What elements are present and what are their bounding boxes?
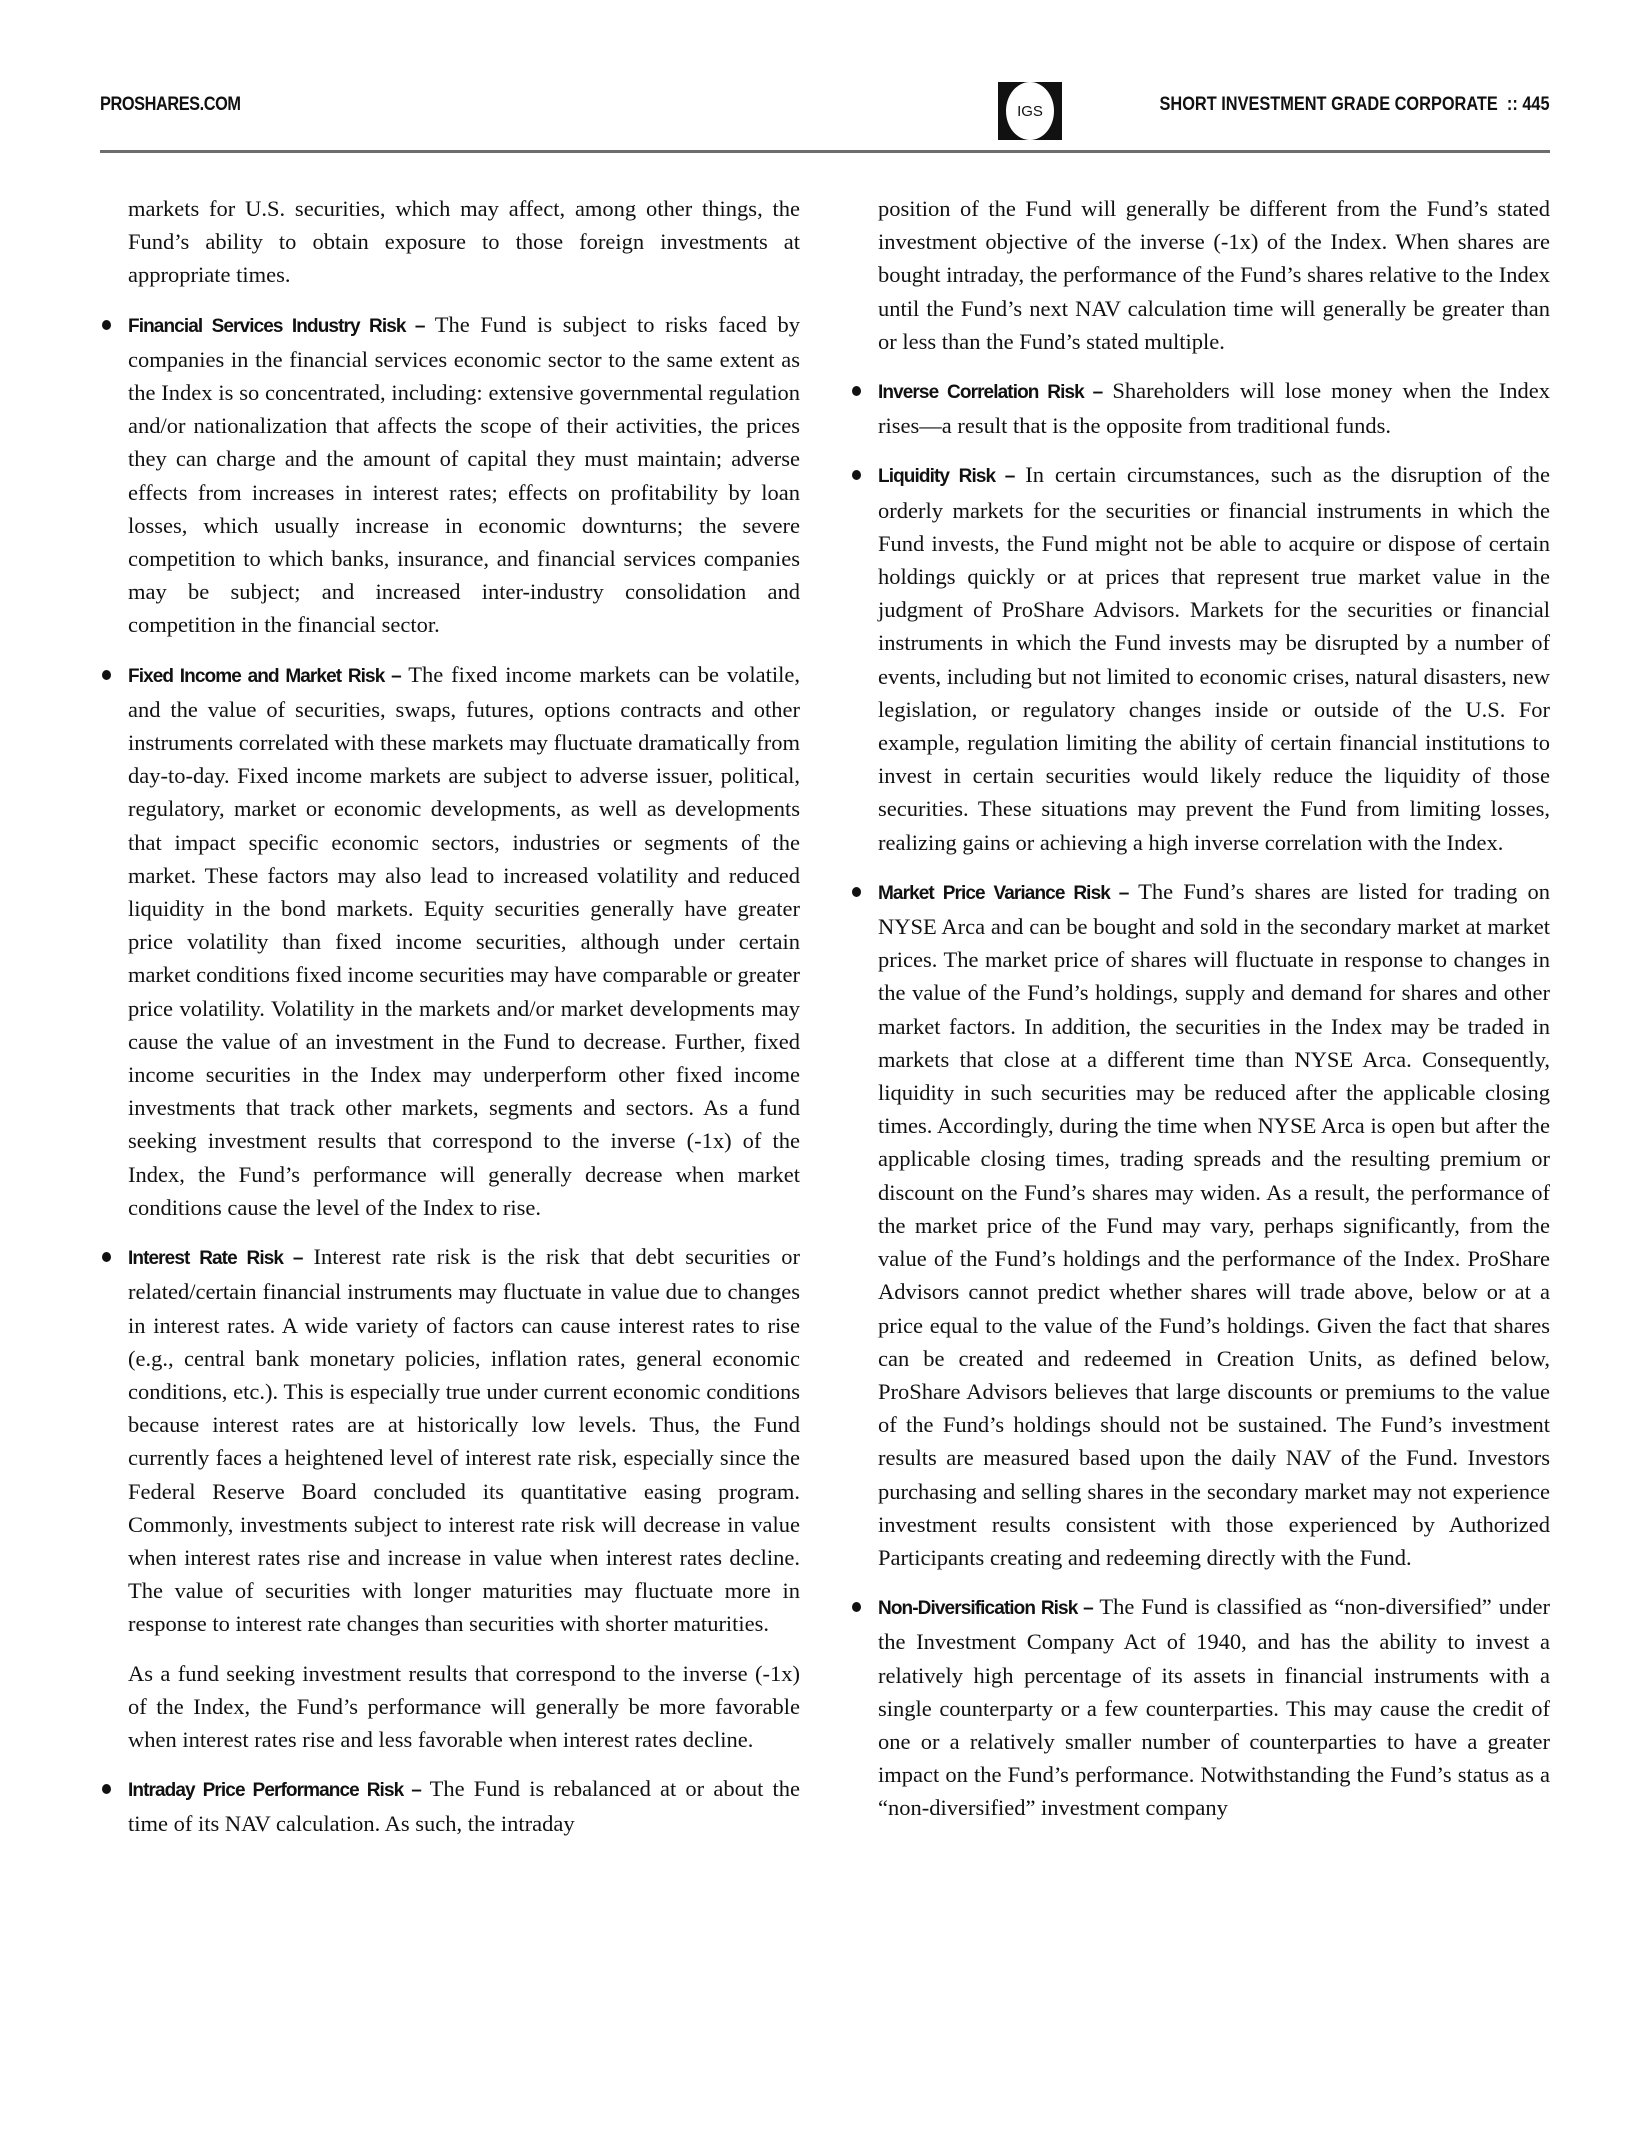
- risk-item-financial-services: Financial Services Industry Risk – The F…: [128, 308, 800, 642]
- bullet-icon: [852, 887, 861, 897]
- bullet-icon: [852, 470, 861, 480]
- ticker-badge-label: IGS: [1006, 82, 1054, 140]
- risk-title: Fixed Income and Market Risk –: [128, 666, 401, 687]
- header-rule: [100, 150, 1550, 153]
- risk-title: Interest Rate Risk –: [128, 1248, 303, 1269]
- risk-item-interest-rate: Interest Rate Risk – Interest rate risk …: [128, 1240, 800, 1640]
- risk-item-market-price-variance: Market Price Variance Risk – The Fund’s …: [878, 875, 1550, 1574]
- bullet-icon: [102, 320, 111, 330]
- ticker-badge: IGS: [998, 82, 1062, 140]
- page-header: PROSHARES.COM IGS SHORT INVESTMENT GRADE…: [100, 82, 1550, 142]
- risk-item-inverse-correlation: Inverse Correlation Risk – Shareholders …: [878, 374, 1550, 442]
- bullet-icon: [102, 670, 111, 680]
- risk-item-non-diversification: Non-Diversification Risk – The Fund is c…: [878, 1590, 1550, 1824]
- left-column: markets for U.S. securities, which may a…: [128, 192, 800, 1857]
- risk-title: Non-Diversification Risk –: [878, 1598, 1093, 1619]
- continuation-paragraph: position of the Fund will generally be d…: [878, 192, 1550, 358]
- risk-title: Intraday Price Performance Risk –: [128, 1780, 421, 1801]
- page-number: 445: [1523, 94, 1550, 115]
- risk-item-liquidity: Liquidity Risk – In certain circumstance…: [878, 458, 1550, 858]
- running-title-text: SHORT INVESTMENT GRADE CORPORATE: [1160, 94, 1498, 115]
- risk-item-intraday-price: Intraday Price Performance Risk – The Fu…: [128, 1772, 800, 1840]
- risk-body: The fixed income markets can be volatile…: [128, 662, 800, 1220]
- risk-body: The Fund is subject to risks faced by co…: [128, 312, 800, 638]
- risk-item-fixed-income: Fixed Income and Market Risk – The fixed…: [128, 658, 800, 1224]
- bullet-icon: [102, 1252, 111, 1262]
- risk-body: The Fund’s shares are listed for trading…: [878, 879, 1550, 1570]
- bullet-icon: [852, 386, 861, 396]
- risk-title: Inverse Correlation Risk –: [878, 382, 1102, 403]
- right-column: position of the Fund will generally be d…: [878, 192, 1550, 1841]
- title-separator: ::: [1507, 94, 1518, 115]
- site-name: PROSHARES.COM: [100, 94, 241, 116]
- running-title: SHORT INVESTMENT GRADE CORPORATE :: 445: [1160, 94, 1550, 116]
- continuation-paragraph: markets for U.S. securities, which may a…: [128, 192, 800, 292]
- interest-rate-extra-paragraph: As a fund seeking investment results tha…: [128, 1657, 800, 1757]
- risk-body: Interest rate risk is the risk that debt…: [128, 1244, 800, 1636]
- risk-title: Financial Services Industry Risk –: [128, 316, 425, 337]
- risk-title: Liquidity Risk –: [878, 466, 1014, 487]
- risk-title: Market Price Variance Risk –: [878, 883, 1128, 904]
- bullet-icon: [852, 1602, 861, 1612]
- risk-body: In certain circumstances, such as the di…: [878, 462, 1550, 854]
- risk-body: The Fund is classified as “non-diversifi…: [878, 1594, 1550, 1820]
- bullet-icon: [102, 1784, 111, 1794]
